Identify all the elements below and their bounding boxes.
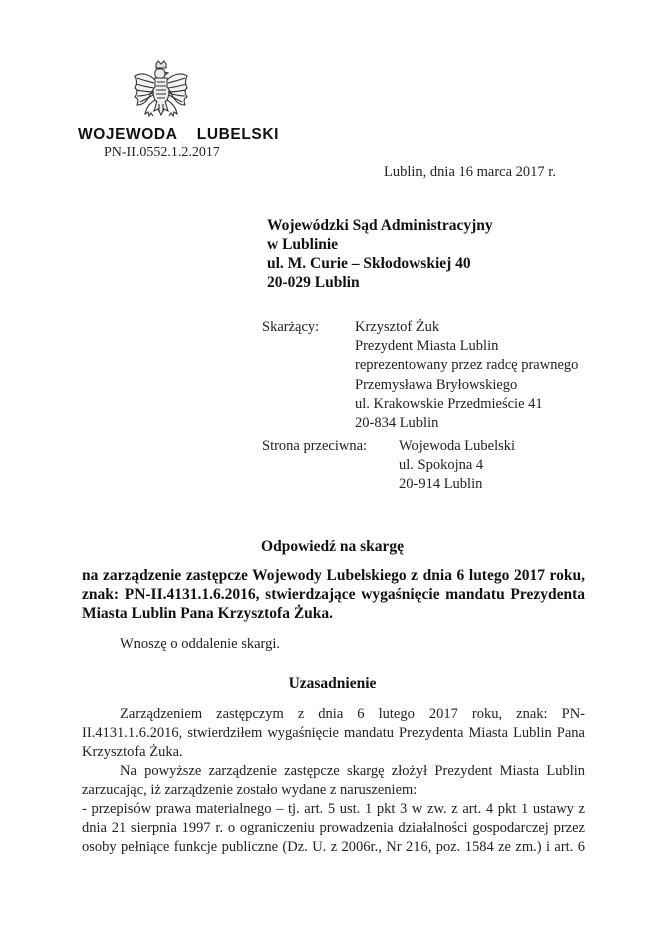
plaintiff-label: Skarżący: — [262, 318, 319, 337]
addressee-block: Wojewódzki Sąd Administracyjny w Lublini… — [267, 216, 493, 292]
place-and-date: Lublin, dnia 16 marca 2017 r. — [384, 164, 556, 181]
addressee-line: 20-029 Lublin — [267, 273, 493, 292]
plaintiff-line: ul. Krakowskie Przedmieście 41 — [355, 395, 578, 414]
plaintiff-line: 20-834 Lublin — [355, 414, 578, 433]
body-paragraph: Na powyższe zarządzenie zastępcze skargę… — [82, 762, 585, 800]
plaintiff-line: Przemysława Bryłowskiego — [355, 376, 578, 395]
body-paragraph: Zarządzeniem zastępczym z dnia 6 lutego … — [82, 705, 585, 762]
opposing-party-line: ul. Spokojna 4 — [399, 456, 515, 475]
reference-number: PN-II.0552.1.2.2017 — [104, 145, 220, 161]
opposing-party-details: Wojewoda Lubelski ul. Spokojna 4 20-914 … — [399, 437, 515, 495]
opposing-party-label: Strona przeciwna: — [262, 437, 367, 456]
document-subject: na zarządzenie zastępcze Wojewody Lubels… — [82, 566, 585, 623]
plaintiff-block: Skarżący: Krzysztof Żuk Prezydent Miasta… — [262, 318, 582, 438]
plaintiff-line: reprezentowany przez radcę prawnego — [355, 356, 578, 375]
addressee-line: ul. M. Curie – Skłodowskiej 40 — [267, 254, 493, 273]
plaintiff-line: Krzysztof Żuk — [355, 318, 578, 337]
opposing-party-line: Wojewoda Lubelski — [399, 437, 515, 456]
motion-text: Wnoszę o oddalenie skargi. — [120, 636, 280, 653]
polish-eagle-emblem-icon — [130, 60, 192, 130]
document-title: Odpowiedź na skargę — [0, 538, 665, 556]
addressee-line: Wojewódzki Sąd Administracyjny — [267, 216, 493, 235]
addressee-line: w Lublinie — [267, 235, 493, 254]
opposing-party-block: Strona przeciwna: Wojewoda Lubelski ul. … — [262, 437, 582, 497]
opposing-party-line: 20-914 Lublin — [399, 475, 515, 494]
body-paragraph: - przepisów prawa materialnego – tj. art… — [82, 800, 585, 857]
organization-name: WOJEWODA LUBELSKI — [78, 126, 279, 144]
plaintiff-details: Krzysztof Żuk Prezydent Miasta Lublin re… — [355, 318, 578, 433]
plaintiff-line: Prezydent Miasta Lublin — [355, 337, 578, 356]
section-title: Uzasadnienie — [0, 675, 665, 693]
